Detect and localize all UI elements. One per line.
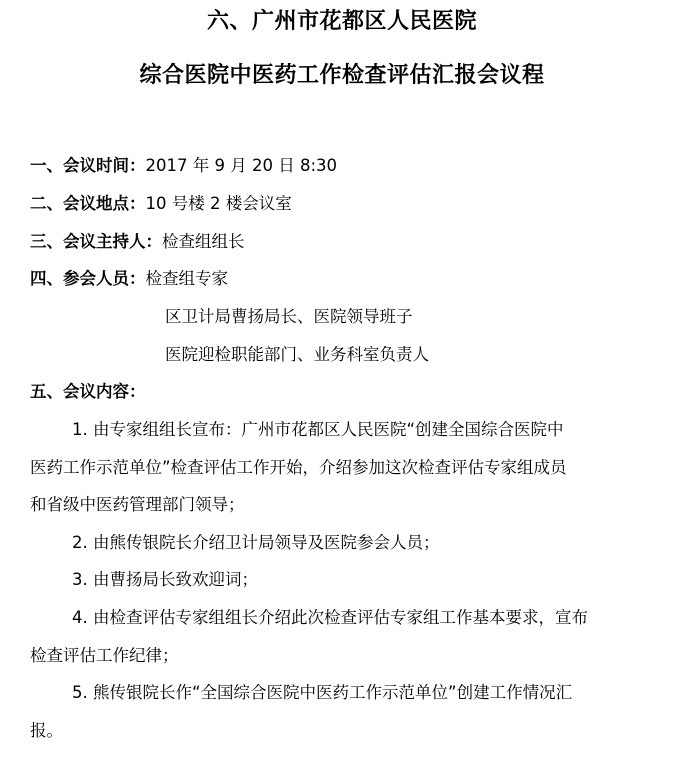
agenda-item-1-line-1: 1. 由专家组组长宣布：广州市花都区人民医院“创建全国综合医院中: [72, 419, 564, 441]
agenda-item-5-line-1: 5. 熊传银院长作“全国综合医院中医药工作示范单位”创建工作情况汇: [72, 682, 572, 704]
meeting-location-label: 二、会议地点：: [30, 194, 146, 213]
meeting-host-row: 三、会议主持人：检查组组长: [30, 231, 245, 253]
agenda-item-3: 3. 由曹扬局长致欢迎词；: [72, 569, 258, 591]
agenda-item-5-line-2: 报。: [30, 720, 63, 742]
agenda-item-1-line-2: 医药工作示范单位”检查评估工作开始，介绍参加这次检查评估专家组成员: [30, 457, 567, 479]
attendees-value: 检查组专家: [146, 269, 229, 288]
meeting-location-row: 二、会议地点：10 号楼 2 楼会议室: [30, 193, 292, 215]
attendees-extra-1: 区卫计局曹扬局长、医院领导班子: [165, 306, 413, 328]
attendees-extra-2: 医院迎检职能部门、业务科室负责人: [165, 344, 429, 366]
document-title-line2: 综合医院中医药工作检查评估汇报会议程: [0, 62, 684, 90]
meeting-time-label: 一、会议时间：: [30, 156, 146, 175]
meeting-time-row: 一、会议时间：2017 年 9 月 20 日 8:30: [30, 155, 337, 177]
attendees-row: 四、参会人员：检查组专家: [30, 268, 228, 290]
meeting-content-label: 五、会议内容：: [30, 382, 146, 401]
meeting-time-value: 2017 年 9 月 20 日 8:30: [146, 156, 338, 175]
attendees-label: 四、参会人员：: [30, 269, 146, 288]
agenda-item-4-line-2: 检查评估工作纪律；: [30, 645, 179, 667]
agenda-item-1-line-3: 和省级中医药管理部门领导；: [30, 494, 245, 516]
meeting-host-label: 三、会议主持人：: [30, 232, 162, 251]
meeting-location-value: 10 号楼 2 楼会议室: [146, 194, 292, 213]
agenda-item-2: 2. 由熊传银院长介绍卫计局领导及医院参会人员；: [72, 532, 440, 554]
document-title-line1: 六、广州市花都区人民医院: [0, 8, 684, 36]
meeting-host-value: 检查组组长: [162, 232, 245, 251]
meeting-content-row: 五、会议内容：: [30, 381, 146, 403]
agenda-item-4-line-1: 4. 由检查评估专家组组长介绍此次检查评估专家组工作基本要求，宣布: [72, 607, 588, 629]
